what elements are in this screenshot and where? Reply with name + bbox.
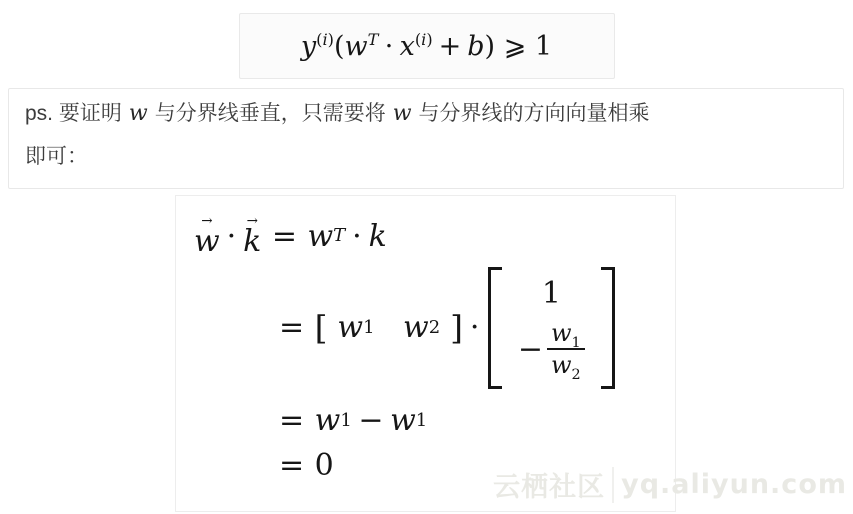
note-text-3: 与分界线的方向向量相乘 [419, 102, 650, 125]
superscript-i: (i) [415, 30, 433, 49]
vector-entry-fraction: −w1w2 [518, 320, 585, 380]
right-paren: ) [426, 30, 432, 49]
dot-operator: ⋅ [352, 219, 362, 254]
math-b: b [467, 31, 484, 62]
dot-operator: ⋅ [384, 31, 393, 62]
note-text-4: 即可： [25, 145, 88, 168]
watermark-site-url: yq.aliyun.com [621, 469, 847, 500]
math-w: w [337, 310, 363, 345]
subscript-2: 2 [572, 366, 581, 382]
math-w: w [390, 403, 416, 438]
constraint-formula: y(i)(wT⋅x(i)+b)⩾1 [301, 31, 552, 62]
math-w: w [307, 219, 333, 254]
row-vector-right-bracket: ] [450, 308, 463, 347]
dot-operator: ⋅ [470, 310, 480, 345]
math-x: x [400, 31, 415, 62]
geqslant-operator: ⩾ [504, 31, 527, 62]
derivation-lhs: →w⋅→k [194, 216, 261, 257]
math-y: y [301, 31, 316, 62]
vector-k: →k [243, 216, 261, 257]
math-w: w [403, 310, 429, 345]
equals-sign: = [279, 310, 304, 345]
minus-sign: − [358, 403, 383, 438]
math-one: 1 [535, 31, 552, 62]
inline-math-w: w [129, 101, 148, 126]
vector-w: →w [194, 216, 220, 257]
math-w: w [551, 319, 572, 347]
subscript-1: 1 [572, 334, 581, 350]
right-paren: ) [484, 31, 495, 62]
note-paragraph: ps. 要证明w与分界线垂直，只需要将w与分界线的方向向量相乘 即可： [8, 88, 844, 189]
derivation-line-1: →w⋅→k=wT⋅k [194, 216, 661, 257]
note-line-2: 即可： [25, 135, 827, 178]
superscript-T: T [368, 30, 379, 49]
left-paren: ( [334, 31, 345, 62]
superscript-i: (i) [316, 30, 334, 49]
dot-operator: ⋅ [226, 219, 236, 254]
equals-sign: = [279, 448, 304, 483]
plus-operator: + [439, 31, 462, 62]
note-text-1: ps. 要证明 [25, 102, 122, 125]
fraction-denominator: w2 [551, 350, 581, 379]
math-w: w [315, 403, 341, 438]
watermark-community-name: 云栖社区 [493, 465, 605, 504]
equals-sign: = [272, 219, 297, 254]
equals-sign: = [279, 403, 304, 438]
derivation-line-3: =w1−w1 [279, 403, 661, 438]
derivation-line-2: =[w1w2]⋅1−w1w2 [279, 267, 661, 390]
column-vector-left-bracket [488, 267, 502, 390]
vector-entry-one: 1 [542, 277, 561, 310]
column-vector-entries: 1−w1w2 [502, 267, 601, 390]
minus-sign: − [518, 333, 543, 366]
math-k: k [369, 219, 387, 254]
math-w: w [345, 31, 368, 62]
row-vector-left-bracket: [ [315, 308, 328, 347]
constraint-formula-box: y(i)(wT⋅x(i)+b)⩾1 [239, 13, 615, 79]
column-vector: 1−w1w2 [488, 267, 615, 390]
note-line-1: ps. 要证明w与分界线垂直，只需要将w与分界线的方向向量相乘 [25, 92, 827, 135]
column-vector-right-bracket [601, 267, 615, 390]
fraction-w1-over-w2: w1w2 [547, 320, 585, 380]
math-w: w [551, 351, 572, 379]
watermark-separator [612, 467, 614, 503]
math-zero: 0 [315, 448, 334, 483]
math-k: k [243, 227, 261, 257]
math-w: w [194, 227, 220, 257]
inline-math-w: w [393, 101, 412, 126]
note-text-2: 与分界线垂直，只需要将 [155, 102, 386, 125]
fraction-numerator: w1 [547, 320, 585, 351]
watermark: 云栖社区 yq.aliyun.com [493, 465, 847, 504]
